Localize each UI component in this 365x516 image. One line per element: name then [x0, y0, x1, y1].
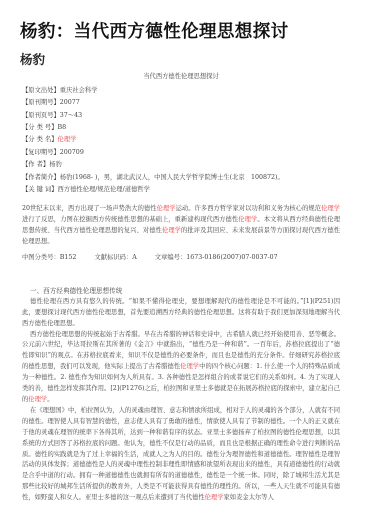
metadata-key: 【关 键 词】 — [22, 186, 58, 193]
metadata-value: 20077 — [60, 99, 80, 106]
clc-number: 中图分类号：B152 — [22, 254, 76, 261]
metadata-value: 37～43 — [60, 112, 82, 119]
metadata-row: 【原刊页号】37～43 — [22, 110, 340, 122]
text-run: 20世纪末以来，西方出现了一场声势浩大的德性 — [22, 205, 157, 212]
text-run: 家如麦金太尔等人 — [224, 494, 274, 501]
metadata-key: 【分 类 号】 — [22, 124, 58, 131]
section-heading: 一、西方经典德性伦理思想传统 — [22, 286, 340, 297]
metadata-key: 【作 者】 — [22, 161, 49, 168]
metadata-key: 【原文出处】 — [22, 87, 60, 94]
metadata-key: 【分 类 名】 — [22, 136, 58, 143]
article-title: 当代西方德性伦理思想探讨 — [22, 72, 340, 83]
metadata-key: 【复印期号】 — [22, 149, 60, 156]
text-run: 。 — [47, 396, 53, 403]
metadata-row: 【原刊期号】20077 — [22, 97, 340, 109]
keyword-link[interactable]: 伦理学 — [238, 216, 257, 223]
keyword-link[interactable]: 伦理学 — [205, 494, 224, 501]
keyword-link[interactable]: 伦理学 — [180, 363, 199, 370]
metadata-key: 【作者简介】 — [22, 174, 60, 181]
text-run: 运动。许多西方哲学家对以功利和义务为核心的规范 — [176, 205, 322, 212]
metadata-row: 【关 键 词】西方德性伦理/规范伦理/道德哲学 — [22, 184, 340, 196]
metadata-value: 重庆社会科学 — [60, 87, 98, 94]
text-run: 在《理想国》中，柏拉图认为，人的灵魂由理智、意志和情欲所组成，相对于人的灵魂的各… — [22, 407, 340, 501]
metadata-key: 【原刊期号】 — [22, 99, 60, 106]
metadata-row: 【原文出处】重庆社会科学 — [22, 85, 340, 97]
metadata-value: 200709 — [60, 149, 84, 156]
keyword-link[interactable]: 伦理学 — [28, 396, 47, 403]
document-code: 文献标识码：A — [94, 254, 136, 261]
article-number: 文章编号：1673-0186(2007)07-0037-07 — [155, 254, 278, 261]
metadata-value: 杨豹 — [49, 161, 62, 168]
paragraph: 德性伦理在西方具有悠久的传统。“如果不懂得伦理史，要想理解现代的德性理论是不可能… — [22, 297, 340, 330]
keyword-link[interactable]: 伦理学 — [162, 227, 181, 234]
classification-line: 中图分类号：B152文献标识码：A文章编号：1673-0186(2007)07-… — [22, 253, 340, 264]
text-run: 进行了反思，力图在挖掘西方传统德性思想的基础上，重新建构现代西方德性 — [22, 216, 238, 223]
metadata-row: 【分 类 名】伦理学 — [22, 134, 340, 146]
author-heading: 杨豹 — [20, 50, 45, 68]
metadata-value: 杨豹(1968- )，男，湖北武汉人，中国人民大学哲学院博士生(北京 10087… — [60, 174, 284, 181]
page-title: 杨豹：当代西方德性伦理思想探讨 — [20, 18, 289, 43]
metadata-row: 【作者简介】杨豹(1968- )，男，湖北武汉人，中国人民大学哲学院博士生(北京… — [22, 172, 340, 184]
text-run: 德性伦理在西方具有悠久的传统。“如果不懂得伦理史，要想理解现代的德性理论是不可能… — [22, 298, 340, 327]
metadata-row: 【分 类 号】B8 — [22, 122, 340, 134]
document-body: 当代西方德性伦理思想探讨 【原文出处】重庆社会科学 【原刊期号】20077 【原… — [22, 72, 340, 504]
metadata-value: B8 — [58, 124, 67, 131]
paragraph: 在《理想国》中，柏拉图认为，人的灵魂由理智、意志和情欲所组成，相对于人的灵魂的各… — [22, 406, 340, 504]
keyword-link[interactable]: 伦理学 — [321, 205, 340, 212]
metadata-row: 【复印期号】200709 — [22, 147, 340, 159]
metadata-value: 西方德性伦理/规范伦理/道德哲学 — [58, 186, 150, 193]
paragraph: 西方德性伦理思想的传统起始于古希腊。早在古希腊的神话和史诗中，古希腊人就已经开始… — [22, 330, 340, 406]
metadata-list: 【原文出处】重庆社会科学 【原刊期号】20077 【原刊页号】37～43 【分 … — [22, 85, 340, 197]
metadata-key: 【原刊页号】 — [22, 112, 60, 119]
abstract: 20世纪末以来，西方出现了一场声势浩大的德性伦理学运动。许多西方哲学家对以功利和… — [22, 204, 340, 248]
keyword-link[interactable]: 伦理学 — [157, 205, 176, 212]
metadata-value-link[interactable]: 伦理学 — [58, 136, 77, 143]
metadata-row: 【作 者】杨豹 — [22, 159, 340, 171]
